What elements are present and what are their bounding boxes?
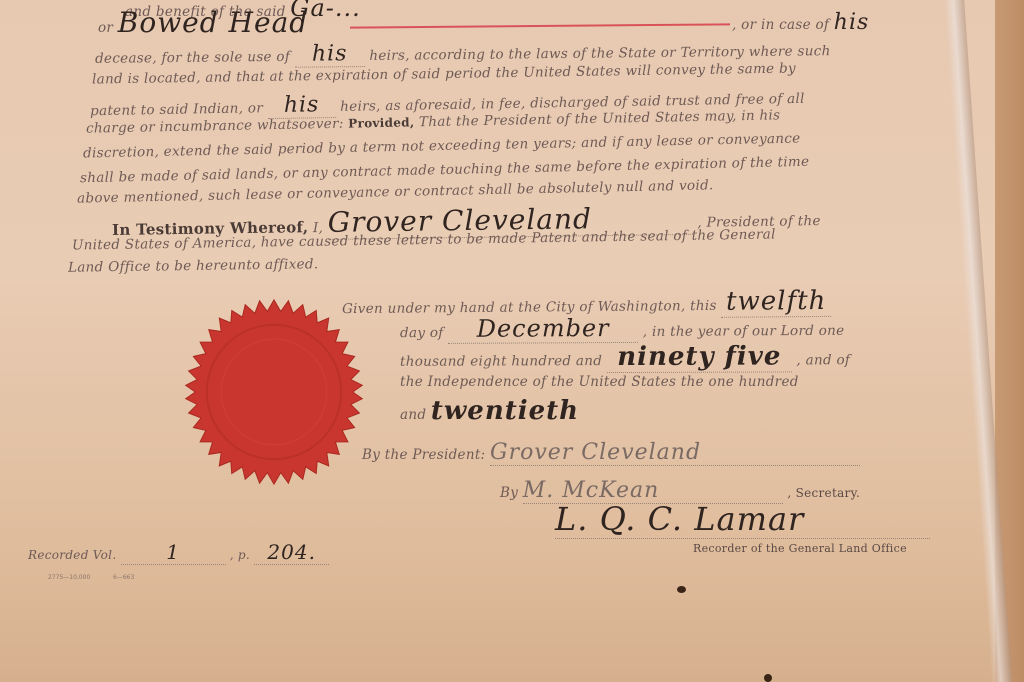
red-wax-seal-icon [178,296,370,488]
given-line-3: thousand eight hundred and ninety five ,… [400,341,850,374]
independence-year: twentieth [431,396,579,426]
secretary-title: , Secretary. [787,486,860,500]
day-of-label: day of [400,325,444,341]
grantee-alias: Bowed Head [118,6,308,39]
and-of: , and of [796,352,850,368]
text-line-1: or Bowed Head [98,6,308,39]
print-code-2: 6—663 [113,574,134,581]
recorded-label: Recorded Vol. [28,548,116,562]
recorded-line: Recorded Vol. 1 , p. 204. [28,540,329,565]
year-of-our-lord: , in the year of our Lord one [643,323,845,340]
recorder-line: L. Q. C. Lamar [555,500,930,539]
by-president-label: By the President: [362,447,485,463]
ink-spot [764,674,772,682]
recorded-page: 204. [254,540,329,565]
line-1-suffix: , or in case of [732,17,829,33]
and-label: and [400,407,426,423]
line-2-a: decease, for the sole use of [95,49,290,67]
ink-spot [677,586,686,593]
by-label: By [500,485,518,501]
recorder-title: Recorder of the General Land Office [693,542,907,555]
text-line-1-suffix: , or in case of his [732,10,869,35]
given-line-5: and twentieth [400,396,579,426]
print-code-1: 2775—10,000 [48,574,90,581]
recorder-signature: L. Q. C. Lamar [555,500,930,539]
by-president-line: By the President: Grover Cleveland [362,440,860,466]
line-1-prefix: or [98,20,113,36]
given-year: ninety five [607,341,792,373]
pronoun-his: his [295,41,365,68]
given-line-4: the Independence of the United States th… [400,374,799,390]
line-4-a: patent to said Indian, or [90,100,263,119]
recorded-volume: 1 [121,540,226,565]
president-signature: Grover Cleveland [490,440,860,466]
provided-heading: Provided, [348,115,414,130]
page-label: , p. [230,548,250,562]
thousand-eight-hundred: thousand eight hundred and [400,353,602,370]
given-line-2: day of December , in the year of our Lor… [400,313,845,344]
pronoun-his: his [834,10,870,35]
given-month: December [448,314,638,344]
